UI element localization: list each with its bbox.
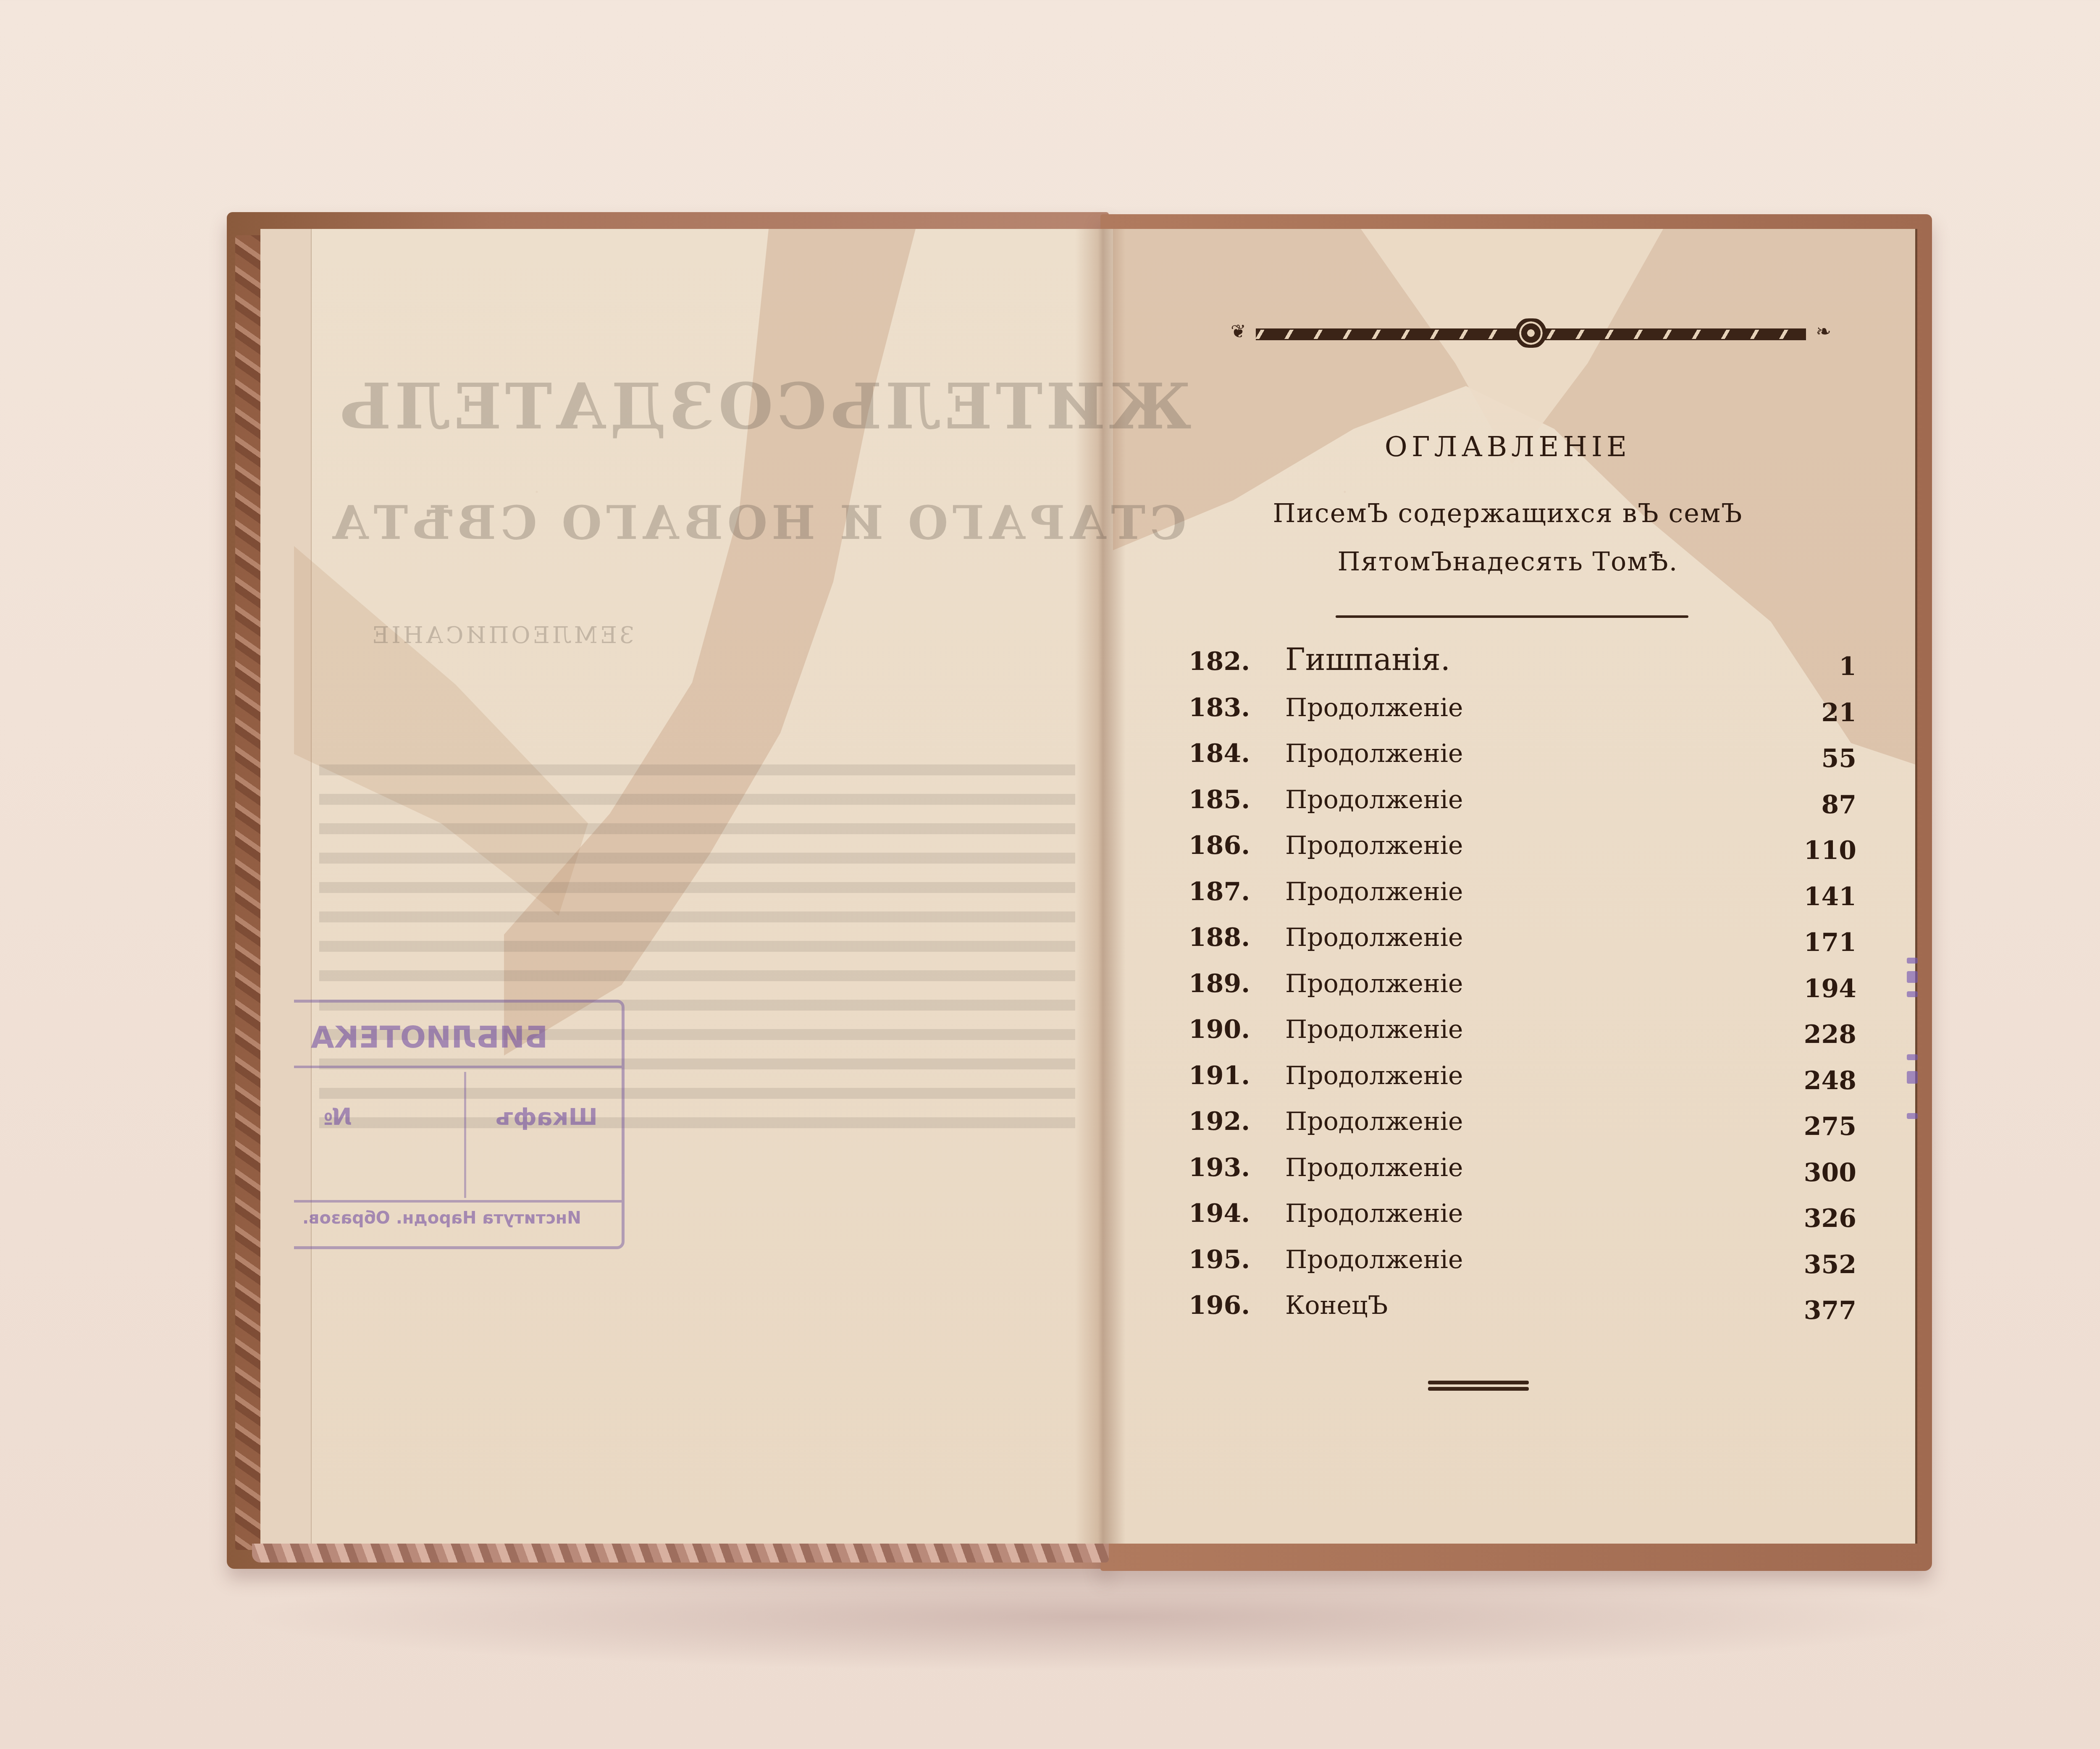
toc-entry: 183. Продолженіе 21 (1189, 693, 1856, 739)
entry-page: 300 (1804, 1158, 1856, 1187)
entry-number: 188. (1189, 923, 1250, 952)
entry-number: 184. (1189, 739, 1250, 768)
entry-page: 141 (1804, 882, 1856, 911)
toc-entry: 191. Продолженіе 248 (1189, 1061, 1856, 1107)
stamp-cell-right: Шкафъ (496, 1103, 598, 1131)
toc-entry: 189. Продолженіе 194 (1189, 969, 1856, 1015)
stamp-footer: Института Народн. Образов. (302, 1208, 581, 1228)
entry-page: 21 (1822, 698, 1857, 727)
entry-page: 110 (1804, 836, 1856, 865)
toc-entry: 196. КонецЪ 377 (1189, 1291, 1856, 1337)
entry-page: 377 (1804, 1296, 1856, 1325)
entry-label: Продолженіе (1285, 785, 1463, 814)
entry-label: Продолженіе (1285, 831, 1463, 860)
stamp-divider (294, 1200, 622, 1203)
stamp-cell-left: № (323, 1103, 352, 1131)
double-bar-ornament-icon (1428, 1380, 1529, 1392)
library-stamp: БИБЛИОТЕКА № Шкафъ Института Народн. Обр… (294, 1000, 625, 1249)
entry-number: 183. (1189, 693, 1250, 722)
toc-entry: 185. Продолженіе 87 (1189, 785, 1856, 831)
stamp-header: БИБЛИОТЕКА (311, 1019, 548, 1055)
toc-subtitle-line1: ПисемЪ содержащихся вЪ семЪ (1100, 498, 1915, 528)
entry-number: 194. (1189, 1199, 1250, 1228)
entry-number: 191. (1189, 1061, 1250, 1090)
entry-number: 190. (1189, 1015, 1250, 1044)
fleuron-left-icon: ❦ (1231, 323, 1246, 341)
entry-label: Продолженіе (1285, 1153, 1463, 1182)
ornament-bar (1428, 1381, 1529, 1384)
entry-number: 195. (1189, 1245, 1250, 1274)
entry-label: Продолженіе (1285, 739, 1463, 768)
toc-entry: 192. Продолженіе 275 (1189, 1107, 1856, 1153)
entry-label: Продолженіе (1285, 1245, 1463, 1274)
entry-page: 87 (1822, 790, 1857, 819)
toc-entry: 190. Продолженіе 228 (1189, 1015, 1856, 1061)
entry-number: 189. (1189, 969, 1250, 998)
entry-label: Продолженіе (1285, 969, 1463, 998)
toc-subtitle-line2: ПятомЪнадесять ТомѢ. (1100, 546, 1915, 577)
entry-page: 228 (1804, 1020, 1856, 1049)
entry-label: КонецЪ (1285, 1291, 1388, 1320)
stamp-divider (294, 1066, 622, 1068)
entry-page: 248 (1804, 1066, 1856, 1095)
ghost-subtitle-text: СТАРАГО И НОВАГО СВѢТА (328, 496, 1186, 550)
entry-page: 194 (1804, 974, 1856, 1003)
toc-title: ОГЛАВЛЕНІЕ (1100, 431, 1915, 463)
entry-label: Продолженіе (1285, 1061, 1463, 1090)
entry-number: 193. (1189, 1153, 1250, 1182)
toc-entry: 187. Продолженіе 141 (1189, 877, 1856, 923)
entry-label: Продолженіе (1285, 693, 1463, 722)
entry-page: 55 (1822, 744, 1857, 773)
fleuron-right-icon: ❧ (1816, 323, 1831, 341)
rope-knot-ornament-icon: ❦ ❧ (1231, 319, 1831, 344)
entry-number: 186. (1189, 831, 1250, 860)
ghost-title-text: ЖИТЕЛЬСОЗДАТЕЛЬ (336, 370, 1192, 444)
entry-page: 171 (1804, 928, 1856, 957)
stamp-vertical-divider (464, 1072, 466, 1198)
toc-entry: 188. Продолженіе 171 (1189, 923, 1856, 969)
entry-page: 352 (1804, 1250, 1856, 1279)
toc-entry: 194. Продолженіе 326 (1189, 1199, 1856, 1245)
entry-number: 196. (1189, 1291, 1250, 1320)
ghost-caption-text: ЗЕМЛЕОПИСАНІЕ (370, 622, 634, 649)
entry-number: 187. (1189, 877, 1250, 906)
entry-number: 182. (1189, 647, 1250, 676)
entry-label: Продолженіе (1285, 1199, 1463, 1228)
entry-label: Продолженіе (1285, 923, 1463, 952)
title-rule (1336, 615, 1688, 618)
entry-page: 1 (1839, 652, 1856, 681)
entry-page: 326 (1804, 1204, 1856, 1233)
entry-number: 192. (1189, 1107, 1250, 1136)
toc-entry: 186. Продолженіе 110 (1189, 831, 1856, 877)
table-shadow (235, 1563, 1966, 1672)
ornament-bar (1428, 1387, 1529, 1391)
entry-label: Продолженіе (1285, 877, 1463, 906)
entry-number: 185. (1189, 785, 1250, 814)
entry-label: Продолженіе (1285, 1015, 1463, 1044)
toc-entry: 184. Продолженіе 55 (1189, 739, 1856, 785)
entry-label: Продолженіе (1285, 1107, 1463, 1136)
marbled-bottom-edge (252, 1544, 1109, 1563)
knot-icon (1512, 318, 1550, 348)
violet-ink-marks (1907, 958, 1919, 1168)
toc-entry: 195. Продолженіе 352 (1189, 1245, 1856, 1291)
toc-entry: 193. Продолженіе 300 (1189, 1153, 1856, 1199)
toc-list: 182. Гишпанія. 1 183. Продолженіе 21 184… (1189, 647, 1856, 1337)
entry-label: Гишпанія. (1285, 642, 1450, 677)
flyleaf-edge (260, 229, 312, 1544)
entry-page: 275 (1804, 1112, 1856, 1141)
toc-entry: 182. Гишпанія. 1 (1189, 647, 1856, 693)
